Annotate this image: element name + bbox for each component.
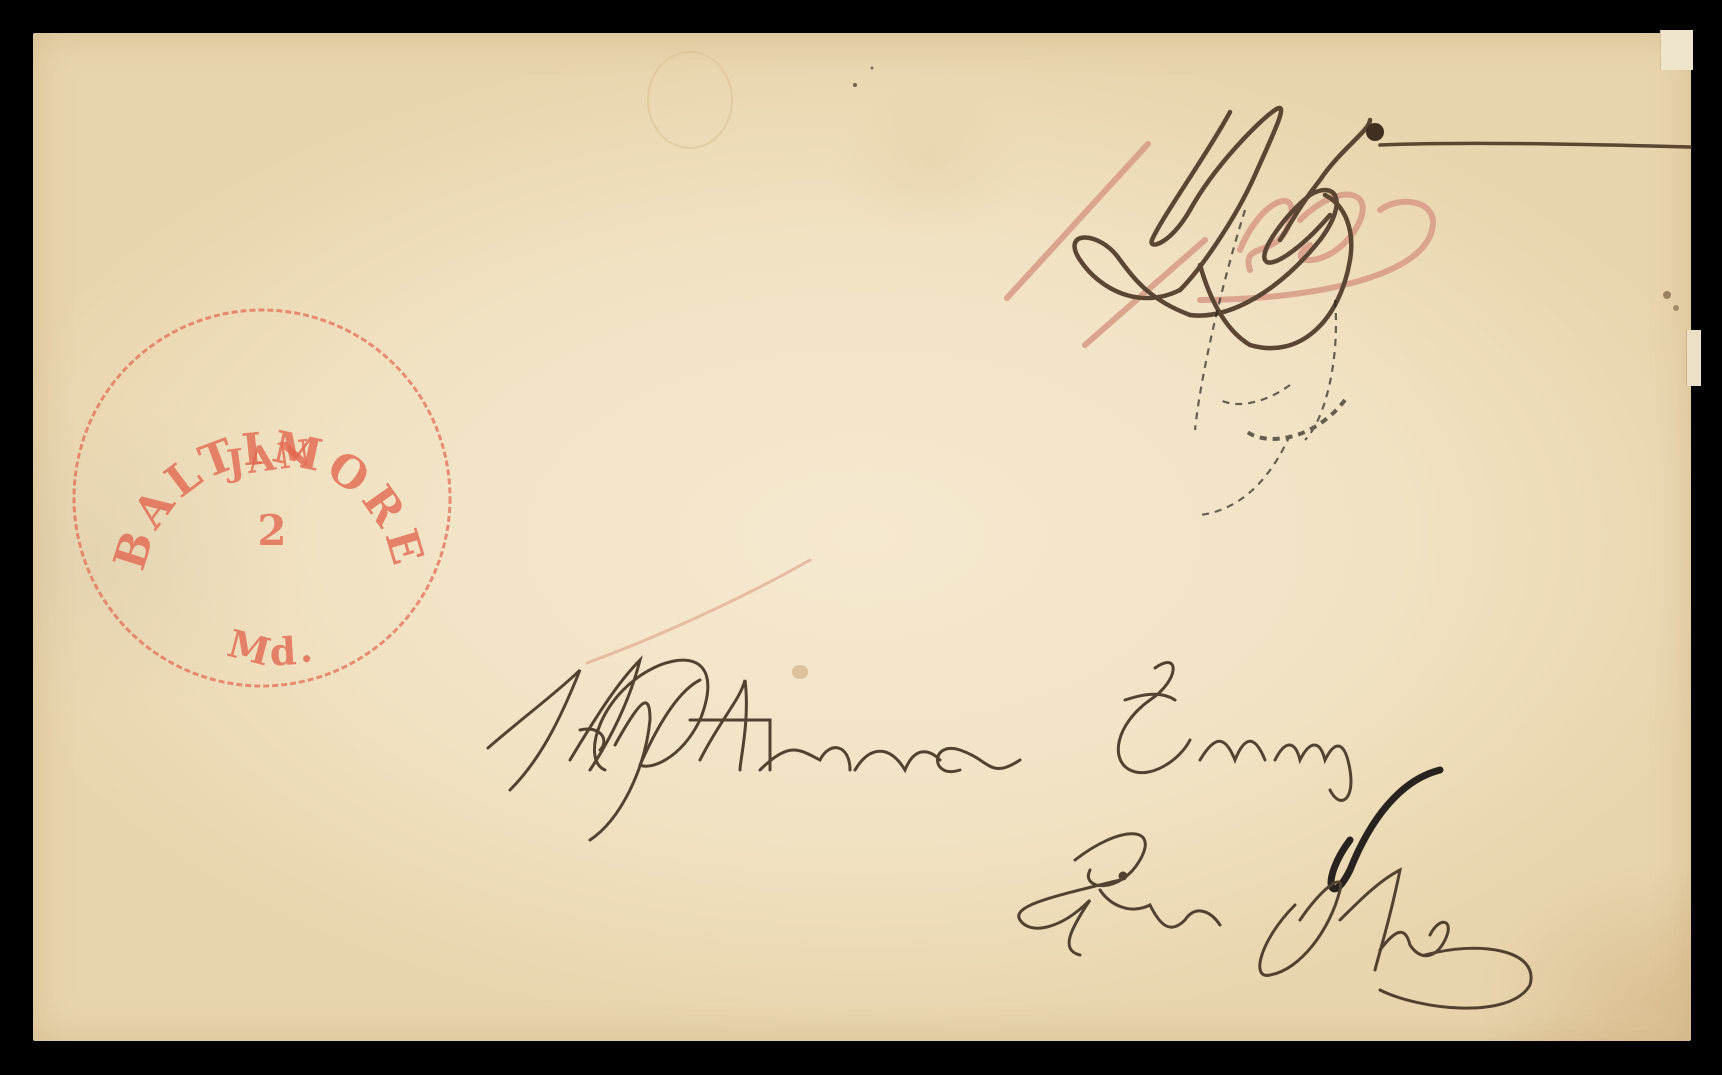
envelope-cover (33, 33, 1691, 1041)
address-line-2: Piqua Ohio (0, 0, 89, 4)
protruding-flap-edge (1686, 330, 1701, 386)
address-line-1: Mess Ashton & Ewing (0, 0, 179, 4)
folded-corner (1660, 30, 1693, 70)
